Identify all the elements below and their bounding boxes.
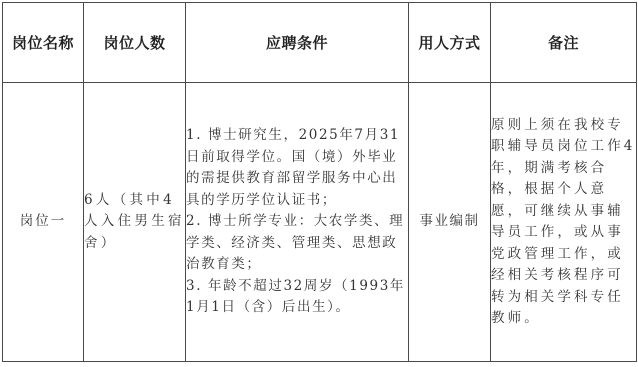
- table-row: 岗位一 6人（其中4人入住男生宿舍） 1. 博士研究生，2025年7月31日前取…: [3, 83, 637, 362]
- requirement-item: 2. 博士所学专业：大农学类、理学类、经济类、管理类、思想政治教育类；: [186, 211, 408, 276]
- recruitment-table: 岗位名称 岗位人数 应聘条件 用人方式 备注 岗位一 6人（其中4人入住男生宿舍…: [2, 2, 637, 362]
- header-row: 岗位名称 岗位人数 应聘条件 用人方式 备注: [3, 3, 637, 83]
- cell-position-name: 岗位一: [3, 83, 84, 362]
- header-employment-type: 用人方式: [409, 3, 491, 83]
- requirement-item: 1. 博士研究生，2025年7月31日前取得学位。国（境）外毕业的需提供教育部留…: [186, 125, 408, 211]
- cell-requirements: 1. 博士研究生，2025年7月31日前取得学位。国（境）外毕业的需提供教育部留…: [186, 83, 409, 362]
- cell-remarks: 原则上须在我校专职辅导员岗位工作4年，期满考核合格，根据个人意愿，可继续从事辅导…: [491, 83, 637, 362]
- header-requirements: 应聘条件: [186, 3, 409, 83]
- header-position-name: 岗位名称: [3, 3, 84, 83]
- cell-headcount: 6人（其中4人入住男生宿舍）: [84, 83, 186, 362]
- header-remarks: 备注: [491, 3, 637, 83]
- cell-employment-type: 事业编制: [409, 83, 491, 362]
- requirement-item: 3. 年龄不超过32周岁（1993年1月1日（含）后出生）。: [186, 276, 408, 319]
- header-headcount: 岗位人数: [84, 3, 186, 83]
